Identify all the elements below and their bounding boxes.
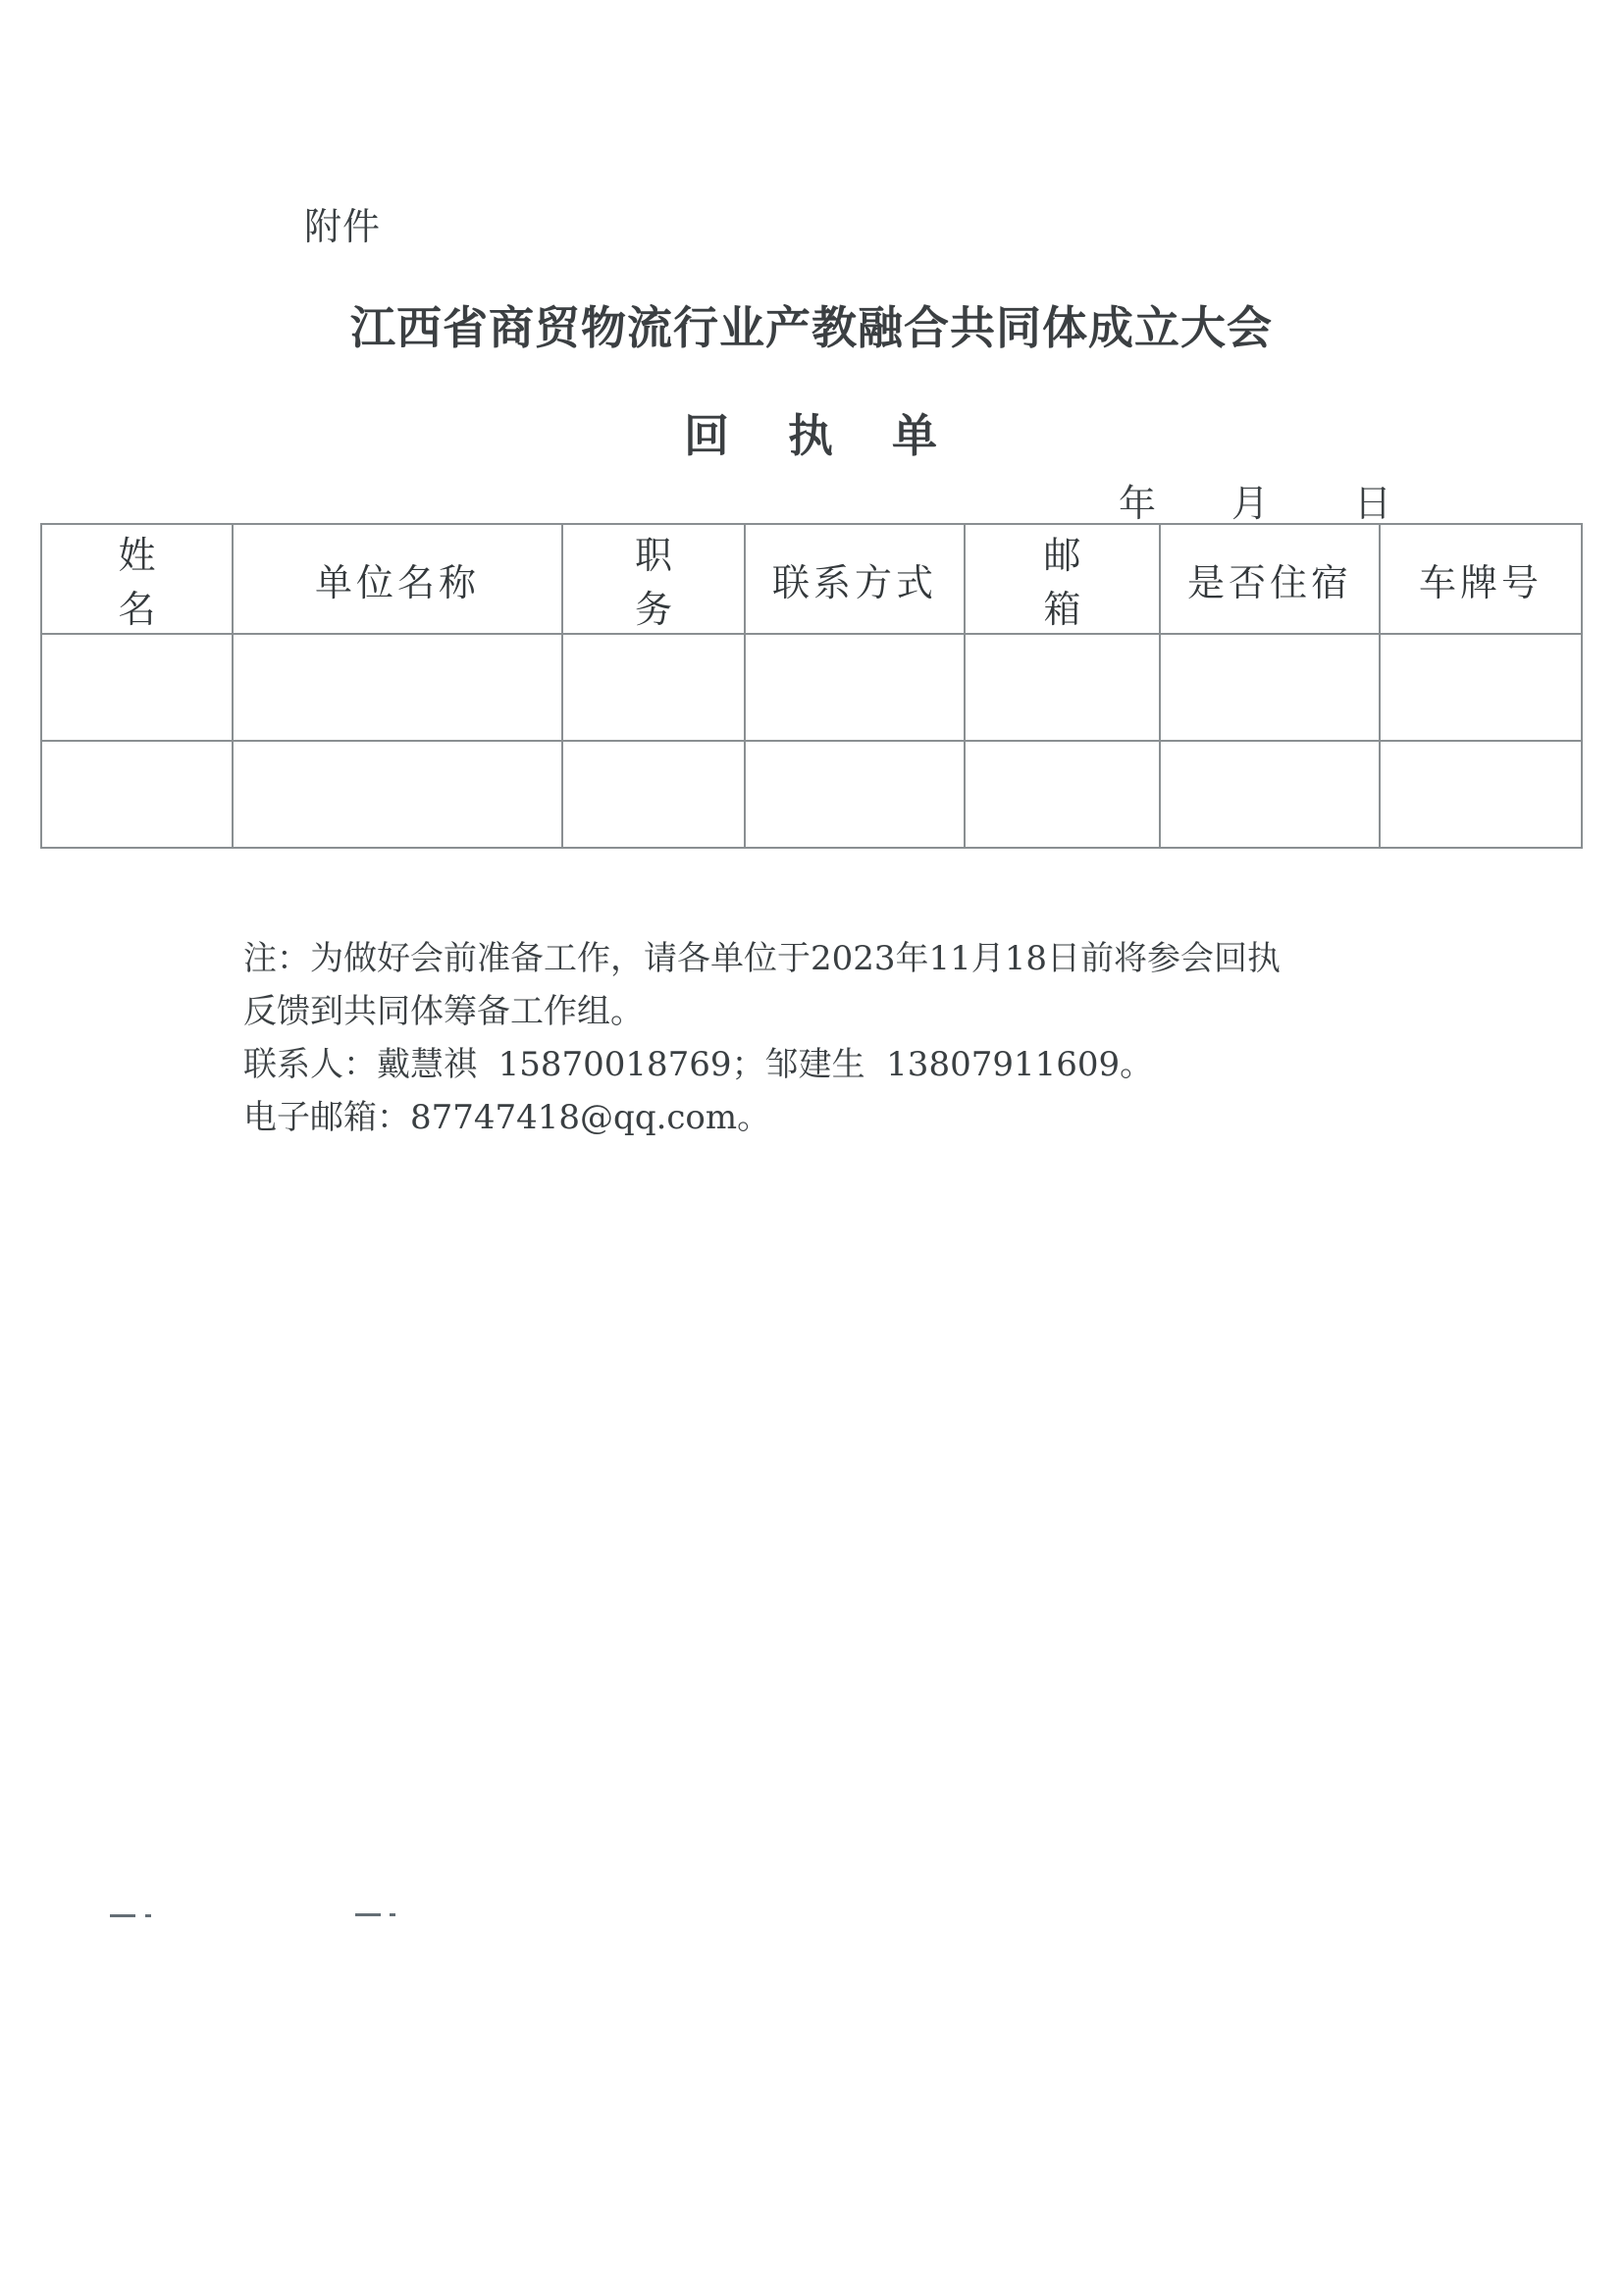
- date-month-label: 月: [1231, 473, 1354, 527]
- header-plate-number: 车牌号: [1380, 524, 1582, 634]
- date-day-label: 日: [1354, 473, 1391, 527]
- cell-plate-number[interactable]: [1380, 741, 1582, 848]
- table-row: [41, 634, 1582, 741]
- date-year-label: 年: [1119, 473, 1231, 527]
- scan-artifact-mark: [390, 1913, 395, 1916]
- receipt-form-table: 姓 名 单位名称 职 务 联系方式 邮 箱 是否住宿 车牌号: [40, 523, 1583, 849]
- scan-artifact-mark: [355, 1913, 381, 1916]
- note-email: 电子邮箱：87747418@qq.com。: [243, 1091, 1281, 1144]
- cell-plate-number[interactable]: [1380, 634, 1582, 741]
- scan-artifact-mark: [110, 1914, 135, 1917]
- cell-name[interactable]: [41, 741, 233, 848]
- cell-contact[interactable]: [745, 634, 965, 741]
- cell-position[interactable]: [562, 634, 745, 741]
- scan-artifact-mark: [145, 1914, 151, 1917]
- table-header-row: 姓 名 单位名称 职 务 联系方式 邮 箱 是否住宿 车牌号: [41, 524, 1582, 634]
- document-title: 江西省商贸物流行业产教融合共同体成立大会: [0, 292, 1623, 357]
- note-contacts: 联系人：戴慧祺 15870018769；邹建生 13807911609。: [243, 1038, 1281, 1091]
- note-deadline: 注：为做好会前准备工作，请各单位于2023年11月18日前将参会回执: [243, 932, 1281, 985]
- date-line: 年 月 日: [1119, 473, 1391, 527]
- note-feedback: 反馈到共同体筹备工作组。: [243, 985, 1281, 1038]
- attachment-label: 附件: [304, 196, 381, 250]
- header-position: 职 务: [562, 524, 745, 634]
- cell-accommodation[interactable]: [1160, 634, 1380, 741]
- header-organization: 单位名称: [233, 524, 562, 634]
- header-name: 姓 名: [41, 524, 233, 634]
- document-subtitle: 回 执 单: [0, 400, 1623, 465]
- cell-email[interactable]: [965, 741, 1160, 848]
- cell-organization[interactable]: [233, 634, 562, 741]
- notes-section: 注：为做好会前准备工作，请各单位于2023年11月18日前将参会回执 反馈到共同…: [243, 932, 1281, 1144]
- table-row: [41, 741, 1582, 848]
- cell-contact[interactable]: [745, 741, 965, 848]
- cell-organization[interactable]: [233, 741, 562, 848]
- cell-email[interactable]: [965, 634, 1160, 741]
- header-contact: 联系方式: [745, 524, 965, 634]
- header-email: 邮 箱: [965, 524, 1160, 634]
- header-accommodation: 是否住宿: [1160, 524, 1380, 634]
- cell-name[interactable]: [41, 634, 233, 741]
- cell-accommodation[interactable]: [1160, 741, 1380, 848]
- cell-position[interactable]: [562, 741, 745, 848]
